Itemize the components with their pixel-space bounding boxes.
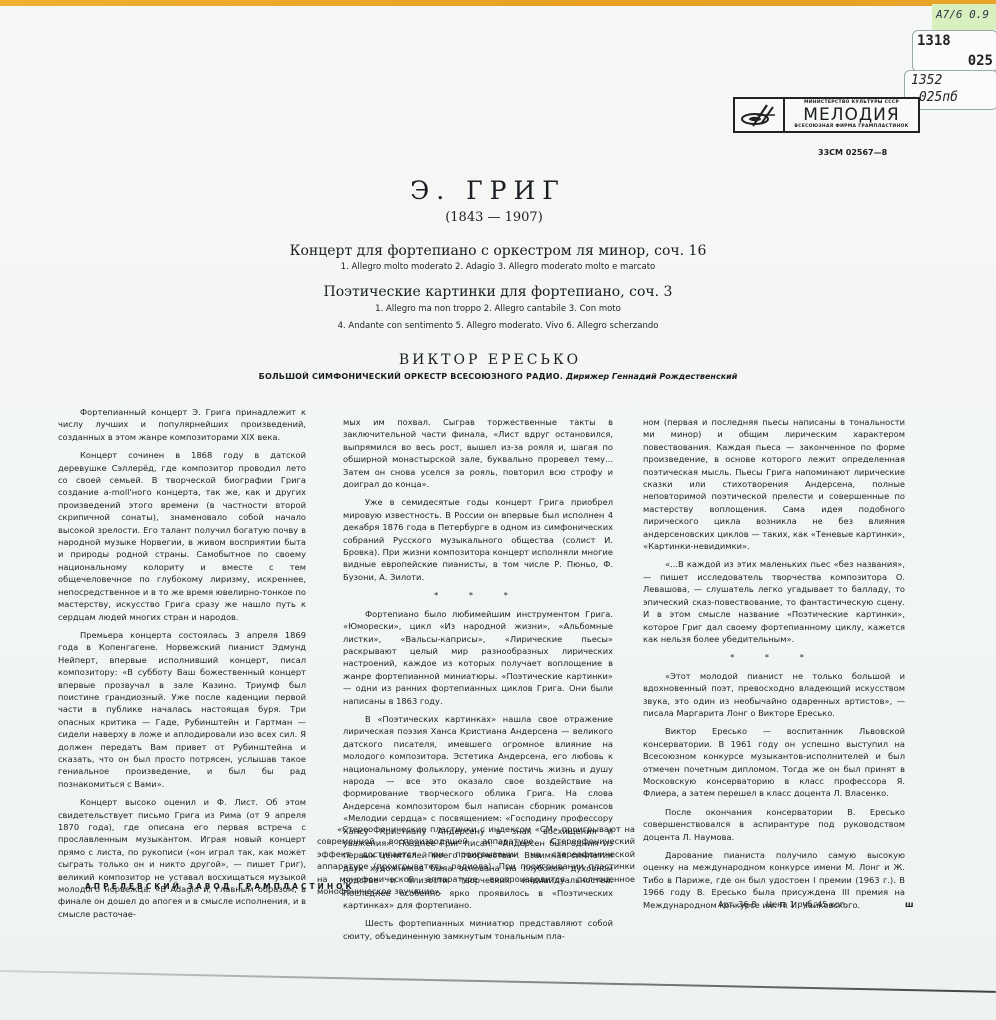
paragraph: Концерт высоко оценил и Ф. Лист. Об этом…: [58, 796, 306, 920]
archive-sticker-1: 1318 025: [912, 30, 996, 72]
composer-name: Э. ГРИГ: [0, 176, 986, 205]
work-2-title: Поэтические картинки для фортепиано, соч…: [0, 284, 996, 300]
work-2-movements-line-1: 1. Allegro ma non troppo 2. Allegro cant…: [0, 304, 996, 314]
composer-years: (1843 — 1907): [0, 210, 992, 225]
paragraph: Концерт сочинен в 1868 году в датской де…: [58, 449, 306, 623]
paragraph: «...В каждой из этих маленьких пьес «без…: [643, 558, 905, 645]
logo-brand-name: МЕЛОДИЯ: [803, 107, 899, 124]
work-1-title: Концерт для фортепиано с оркестром ля ми…: [0, 243, 996, 259]
sticker-1-code: 025: [968, 53, 993, 69]
work-1-movements: 1. Allegro molto moderato 2. Adagio 3. A…: [0, 262, 996, 272]
sticker-1-number: 1318: [917, 33, 951, 49]
melodiya-emblem-icon: [735, 99, 785, 131]
paragraph: Шесть фортепианных миниатюр представляют…: [343, 917, 613, 942]
orchestra-name: БОЛЬШОЙ СИМФОНИЧЕСКИЙ ОРКЕСТР ВСЕСОЮЗНОГ…: [259, 372, 563, 381]
section-divider: * * *: [343, 589, 613, 601]
paragraph: мых им похвал. Сыграв торжественные такт…: [343, 416, 613, 490]
conductor-name: Дирижер Геннадий Рождественский: [566, 372, 737, 381]
paragraph: Фортепиано было любимейшим инструментом …: [343, 608, 613, 707]
paragraph: Премьера концерта состоялась 3 апреля 18…: [58, 629, 306, 790]
paragraph: После окончания консерватории В. Ересько…: [643, 806, 905, 843]
paragraph: Уже в семидесятые годы концерт Грига при…: [343, 496, 613, 583]
stereo-notice: «Стереофонические пластинки с индексом «…: [317, 823, 635, 897]
article-number: Арт. 36-8: [718, 900, 756, 909]
stereo-notice-text: «Стереофонические пластинки с индексом «…: [317, 823, 635, 897]
liner-notes-column-3: ном (первая и последняя пьесы написаны в…: [643, 416, 905, 917]
price: Цена 1 руб. 45 коп.: [766, 900, 848, 909]
print-mark: ш: [905, 900, 914, 909]
paragraph: Виктор Ересько — воспитанник Львовской к…: [643, 725, 905, 799]
handwritten-note: А7/6 0.9: [932, 4, 996, 30]
orchestra-credit: БОЛЬШОЙ СИМФОНИЧЕСКИЙ ОРКЕСТР ВСЕСОЮЗНОГ…: [0, 372, 996, 381]
soloist-name: ВИКТОР ЕРЕСЬКО: [0, 352, 988, 368]
paragraph: «Этот молодой пианист не только большой …: [643, 670, 905, 720]
paragraph: Фортепианный концерт Э. Грига принадлежи…: [58, 406, 306, 443]
liner-notes-column-1: Фортепианный концерт Э. Грига принадлежи…: [58, 406, 306, 926]
work-2-movements-line-2: 4. Andante con sentimento 5. Allegro mod…: [0, 321, 996, 331]
logo-firm-text: ВСЕСОЮЗНАЯ ФИРМА ГРАМПЛАСТИНОК: [794, 125, 908, 130]
section-divider: * * *: [643, 651, 905, 663]
factory-name: АПРЕЛЕВСКИЙ ЗАВОД ГРАМПЛАСТИНОК: [85, 882, 355, 891]
paragraph: ном (первая и последняя пьесы написаны в…: [643, 416, 905, 552]
sticker-2-number: 1352: [911, 73, 942, 88]
melodiya-logo: МИНИСТЕРСТВО КУЛЬТУРЫ СССР МЕЛОДИЯ ВСЕСО…: [733, 97, 920, 133]
catalog-number: 33СМ 02567—8: [818, 148, 887, 157]
